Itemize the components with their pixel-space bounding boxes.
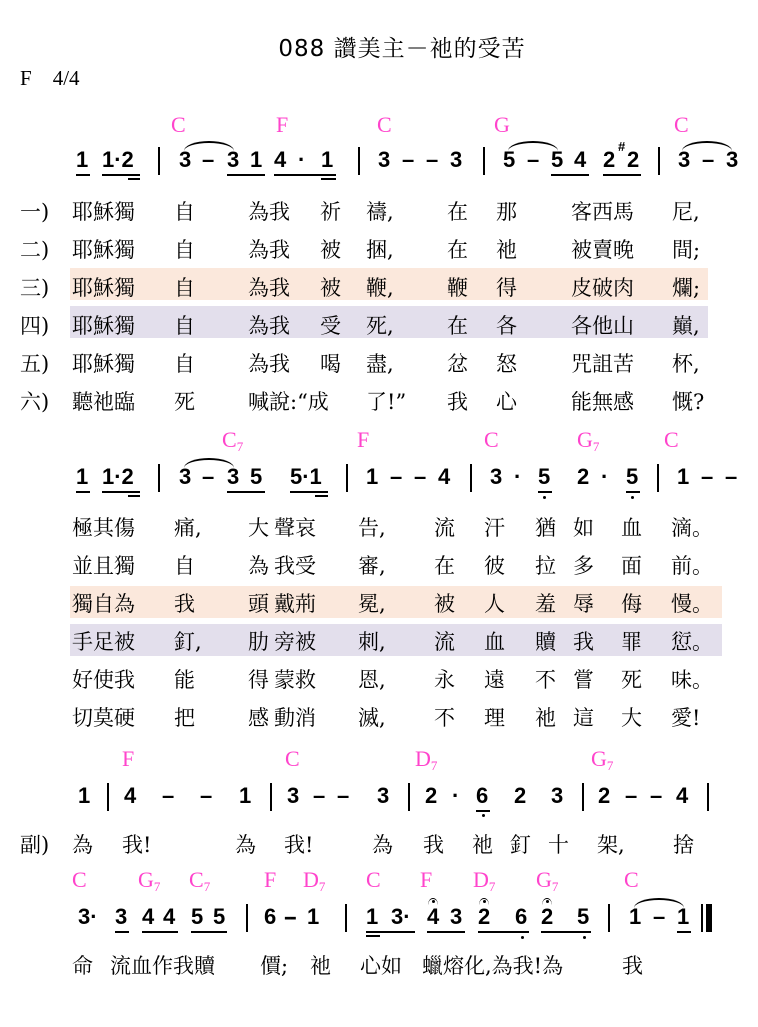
lyric: 各	[496, 310, 517, 340]
verse-number: 二)	[20, 234, 49, 264]
note: –	[650, 783, 662, 809]
chord: F	[357, 427, 369, 453]
note: 1	[366, 464, 378, 490]
lyric: 大	[248, 512, 269, 542]
lyric: 受	[320, 310, 341, 340]
note: 3	[227, 147, 239, 173]
barline	[270, 783, 272, 811]
note: 6	[264, 904, 276, 930]
note: 5	[250, 464, 262, 490]
lyric: 聲哀	[274, 512, 316, 542]
note: 3	[377, 783, 389, 809]
lower-octave-dot	[583, 936, 586, 939]
barline	[358, 147, 360, 175]
lyric: 流	[434, 626, 455, 656]
lyric: 祂	[496, 234, 517, 264]
lyric: 命	[72, 950, 93, 980]
underline	[366, 935, 380, 937]
song-title: 088 讚美主－祂的受苦	[0, 30, 758, 63]
barline	[658, 147, 660, 175]
barline	[408, 783, 410, 811]
lyric: 慨?	[672, 386, 704, 416]
lyric: 在	[447, 196, 468, 226]
underline	[541, 931, 591, 933]
lyric: 人	[484, 588, 505, 618]
note: 1	[78, 783, 90, 809]
lyric: 為	[72, 829, 93, 859]
lyric: 祂	[310, 950, 331, 980]
underline	[227, 491, 265, 493]
barline	[608, 904, 610, 932]
lyric: 旁被	[274, 626, 316, 656]
note: 3	[450, 147, 462, 173]
lyric: 為我	[248, 310, 290, 340]
note: –	[313, 783, 325, 809]
final-barline-thick	[706, 904, 712, 932]
note: 1	[307, 904, 319, 930]
lower-octave-dot	[482, 814, 485, 817]
lower-octave-dot	[521, 936, 524, 939]
lyric: 祈	[320, 196, 341, 226]
lyric: 心如	[360, 950, 402, 980]
chord: F	[122, 746, 134, 772]
note: –	[653, 904, 665, 930]
lyric: 為我	[248, 196, 290, 226]
lyric: 死	[621, 664, 642, 694]
note: 3	[287, 783, 299, 809]
chord: C	[377, 112, 392, 138]
lyric: 我	[622, 950, 643, 980]
barline	[158, 147, 160, 175]
lyric: 喊說:“成	[248, 386, 329, 416]
barline	[582, 783, 584, 811]
lower-octave-dot	[543, 496, 546, 499]
chord: C	[285, 746, 300, 772]
note: –	[701, 464, 713, 490]
barline	[107, 783, 109, 811]
note: 1	[76, 464, 88, 490]
note: –	[202, 464, 214, 490]
underline	[366, 931, 415, 933]
lyric: 禱,	[366, 196, 394, 226]
lyric: 理	[484, 702, 505, 732]
chord: D7	[303, 867, 325, 895]
lyric: 自	[174, 348, 195, 378]
note: 5	[213, 904, 225, 930]
lyric: 自	[174, 234, 195, 264]
verse-number: 三)	[20, 272, 49, 302]
lyric: 感	[248, 702, 269, 732]
lyric: 我!	[122, 829, 151, 859]
lyric: 並且獨	[72, 550, 135, 580]
lyric: 為我	[248, 348, 290, 378]
lyric: 我	[573, 626, 594, 656]
note: 4	[438, 464, 450, 490]
lyric: 自	[174, 550, 195, 580]
note: 4	[163, 904, 175, 930]
chord: D7	[473, 867, 495, 895]
note: 3	[551, 783, 563, 809]
lyric: 流	[434, 512, 455, 542]
lyric: 價;	[260, 950, 288, 980]
lyric: 如	[573, 512, 594, 542]
note: 3	[115, 904, 127, 930]
note: 1	[250, 147, 262, 173]
chord: D7	[415, 746, 437, 774]
lyric: 把	[174, 702, 195, 732]
lyric: 釘	[510, 829, 531, 859]
refrain-label: 副)	[20, 829, 49, 859]
note: 6	[476, 783, 488, 809]
underline	[538, 491, 552, 493]
lyric: 能	[174, 664, 195, 694]
lyric: 怒	[496, 348, 517, 378]
chord: C7	[189, 867, 210, 895]
note: 5	[551, 147, 563, 173]
lyric: 鞭,	[366, 272, 394, 302]
time-signature: 4/4	[53, 66, 80, 90]
lyric: 動消	[274, 702, 316, 732]
lyric: 慢。	[671, 588, 713, 618]
note: –	[702, 147, 714, 173]
lyric: 得	[248, 664, 269, 694]
note: 2	[425, 783, 437, 809]
final-barline-thin	[701, 904, 703, 932]
lyric: 鞭	[447, 272, 468, 302]
lyric: 為我	[248, 234, 290, 264]
lyric: 死,	[366, 310, 394, 340]
note: 3	[179, 464, 191, 490]
note: ·	[298, 147, 305, 173]
note: –	[200, 783, 212, 809]
lyric: 捆,	[366, 234, 394, 264]
lyric: 被	[320, 234, 341, 264]
lyric: 間;	[672, 234, 700, 264]
verse-number: 五)	[20, 348, 49, 378]
underline	[115, 931, 129, 933]
lyric: 釘,	[174, 626, 202, 656]
note: 5	[577, 904, 589, 930]
barline	[346, 464, 348, 492]
note: 4	[574, 147, 586, 173]
lyric: 贖	[535, 626, 556, 656]
lyric: 極其傷	[72, 512, 135, 542]
lyric: 在	[447, 234, 468, 264]
note: 3	[378, 147, 390, 173]
barline	[158, 464, 160, 492]
underline	[626, 491, 640, 493]
lyric: 死	[174, 386, 195, 416]
note: 1	[321, 147, 333, 173]
chord: G7	[591, 746, 613, 774]
lyric: 肋	[248, 626, 269, 656]
lyric: 汗	[484, 512, 505, 542]
lyric: 不	[535, 664, 556, 694]
lyric: 皮破肉	[571, 272, 634, 302]
note: 1	[677, 464, 689, 490]
lyric: 為	[248, 550, 269, 580]
lyric: 大	[621, 702, 642, 732]
lyric: 咒詛苦	[571, 348, 634, 378]
lyric: 自	[174, 310, 195, 340]
lyric: 冕,	[358, 588, 386, 618]
note: 3	[726, 147, 738, 173]
chord: F	[276, 112, 288, 138]
underline	[478, 931, 529, 933]
sharp-icon: #	[618, 139, 625, 154]
key-signature: F	[20, 66, 32, 90]
lyric: 喝	[320, 348, 341, 378]
lyric: 我!	[284, 829, 313, 859]
lyric: 耶穌獨	[72, 272, 135, 302]
note: 4	[124, 783, 136, 809]
note: --	[284, 904, 295, 930]
note: 3	[678, 147, 690, 173]
note: 2	[598, 783, 610, 809]
lyric: 那	[496, 196, 517, 226]
lyric: 戴荊	[274, 588, 316, 618]
chord: G	[494, 112, 510, 138]
lyric: 客西馬	[571, 196, 634, 226]
chord: F	[420, 867, 432, 893]
note: 4	[676, 783, 688, 809]
underline	[551, 174, 589, 176]
note: 1	[239, 783, 251, 809]
lyric: 辱	[573, 588, 594, 618]
lyric: 流血作我贖	[110, 950, 215, 980]
lyric: 自	[174, 272, 195, 302]
lyric: 滴。	[671, 512, 713, 542]
note: 2	[627, 147, 639, 173]
lyric: 祂	[472, 829, 493, 859]
chord: C	[171, 112, 186, 138]
note: 1	[677, 904, 689, 930]
underline	[227, 174, 265, 176]
lyric: 在	[447, 310, 468, 340]
underline	[102, 491, 140, 493]
note: –	[337, 783, 349, 809]
note: 5	[538, 464, 550, 490]
note: 4	[427, 904, 439, 930]
lyric: 尼,	[672, 196, 700, 226]
lyric: 多	[573, 550, 594, 580]
note: 3	[227, 464, 239, 490]
lower-octave-dot	[631, 496, 634, 499]
lyric: 各他山	[571, 310, 634, 340]
note: 1·2	[102, 464, 134, 490]
barline	[483, 147, 485, 175]
underline	[76, 174, 90, 176]
lyric: 痛,	[174, 512, 202, 542]
underline	[476, 810, 490, 812]
lyric: 蒙救	[274, 664, 316, 694]
note: –	[414, 464, 426, 490]
note: 3	[490, 464, 502, 490]
lyric: 羞	[535, 588, 556, 618]
verse-number: 一)	[20, 196, 49, 226]
lyric: 捨	[673, 829, 694, 859]
note: 2	[541, 904, 553, 930]
note: 1	[366, 904, 378, 930]
lyric: 手足被	[72, 626, 135, 656]
lyric: 我受	[274, 550, 316, 580]
lyric: 忿	[447, 348, 468, 378]
chord: C	[72, 867, 87, 893]
lyric: 切莫硬	[72, 702, 135, 732]
lyric: 為	[235, 829, 256, 859]
underline	[315, 495, 328, 497]
lyric: 聽祂臨	[72, 386, 135, 416]
lyric: 獨自為	[72, 588, 135, 618]
note: –	[527, 147, 539, 173]
note: ·	[452, 783, 459, 809]
lyric: 心	[496, 386, 517, 416]
barline	[345, 904, 347, 932]
note: –	[390, 464, 402, 490]
lyric: 為	[372, 829, 393, 859]
underline	[290, 491, 328, 493]
lyric: 巔,	[672, 310, 700, 340]
lyric: 拉	[535, 550, 556, 580]
note: –	[402, 147, 414, 173]
note: –	[162, 783, 174, 809]
chord: G7	[138, 867, 160, 895]
lyric: 架,	[597, 829, 625, 859]
note: 4	[142, 904, 154, 930]
lyric: 刺,	[358, 626, 386, 656]
barline	[657, 464, 659, 492]
lyric: 在	[434, 550, 455, 580]
underline	[603, 174, 641, 176]
lyric: 血	[484, 626, 505, 656]
underline	[427, 931, 465, 933]
note: 4	[274, 147, 286, 173]
lyric: 被賣晚	[571, 234, 634, 264]
lyric: 嘗	[573, 664, 594, 694]
lyric: 審,	[358, 550, 386, 580]
underline	[128, 178, 140, 180]
lyric: 不	[434, 702, 455, 732]
underline	[191, 931, 227, 933]
lyric: 被	[320, 272, 341, 302]
note: 1	[76, 147, 88, 173]
lyric: 能無感	[571, 386, 634, 416]
lyric: 耶穌獨	[72, 234, 135, 264]
barline	[707, 783, 709, 811]
lyric: 耶穌獨	[72, 348, 135, 378]
barline	[246, 904, 248, 932]
lyric: 罪	[621, 626, 642, 656]
chord: C	[674, 112, 689, 138]
lyric: 我	[447, 386, 468, 416]
note: 5	[191, 904, 203, 930]
lyric: 為我	[248, 272, 290, 302]
lyric: 恩,	[358, 664, 386, 694]
note: 2	[577, 464, 589, 490]
note: 3	[179, 147, 191, 173]
lyric: 遠	[484, 664, 505, 694]
key-time-signature: F 4/4	[20, 66, 80, 91]
chord: C7	[222, 427, 243, 455]
lyric: 血	[621, 512, 642, 542]
lyric: 愛!	[671, 702, 700, 732]
verse-number: 四)	[20, 310, 49, 340]
note: 2	[603, 147, 615, 173]
lyric: 被	[434, 588, 455, 618]
note: ·	[514, 464, 521, 490]
note: 1·2	[102, 147, 134, 173]
chord: F	[264, 867, 276, 893]
underline	[321, 178, 336, 180]
note: ·	[601, 464, 608, 490]
chord: C	[624, 867, 639, 893]
lyric: 味。	[671, 664, 713, 694]
lyric: 好使我	[72, 664, 135, 694]
lyric: 愆。	[671, 626, 713, 656]
lyric: 彼	[484, 550, 505, 580]
lyric: 盡,	[366, 348, 394, 378]
lyric: 面	[621, 550, 642, 580]
lyric: 十	[548, 829, 569, 859]
note: 5·1	[290, 464, 322, 490]
note: 3·	[391, 904, 411, 930]
underline	[76, 491, 90, 493]
note: 3·	[78, 904, 98, 930]
lyric: 我	[174, 588, 195, 618]
lyric: 侮	[621, 588, 642, 618]
lyric: 杯,	[672, 348, 700, 378]
note: 2	[514, 783, 526, 809]
note: 2	[478, 904, 490, 930]
barline	[470, 464, 472, 492]
lyric: 耶穌獨	[72, 310, 135, 340]
underline	[142, 931, 178, 933]
lyric: 前。	[671, 550, 713, 580]
lyric: 我	[423, 829, 444, 859]
note: –	[725, 464, 737, 490]
note: –	[202, 147, 214, 173]
underline	[677, 931, 691, 933]
underline	[102, 174, 140, 176]
note: –	[426, 147, 438, 173]
chord: C	[664, 427, 679, 453]
lyric: 爛;	[672, 272, 700, 302]
lyric: 猶	[535, 512, 556, 542]
lyric: 得	[496, 272, 517, 302]
chord: G7	[536, 867, 558, 895]
lyric: 耶穌獨	[72, 196, 135, 226]
note: –	[625, 783, 637, 809]
lyric: 告,	[358, 512, 386, 542]
chord: G7	[577, 427, 599, 455]
note: 3	[450, 904, 462, 930]
lyric: 祂	[535, 702, 556, 732]
lyric: 滅,	[358, 702, 386, 732]
note: 5	[503, 147, 515, 173]
underline	[128, 495, 140, 497]
lyric: 自	[174, 196, 195, 226]
chord: C	[484, 427, 499, 453]
note: 5	[626, 464, 638, 490]
underline	[274, 174, 336, 176]
lyric: 永	[434, 664, 455, 694]
verse-number: 六)	[20, 386, 49, 416]
note: 1	[629, 904, 641, 930]
lyric: 了!”	[366, 386, 406, 416]
lyric: 蠟熔化,為我!為	[422, 950, 563, 980]
note: 6	[515, 904, 527, 930]
chord: C	[366, 867, 381, 893]
